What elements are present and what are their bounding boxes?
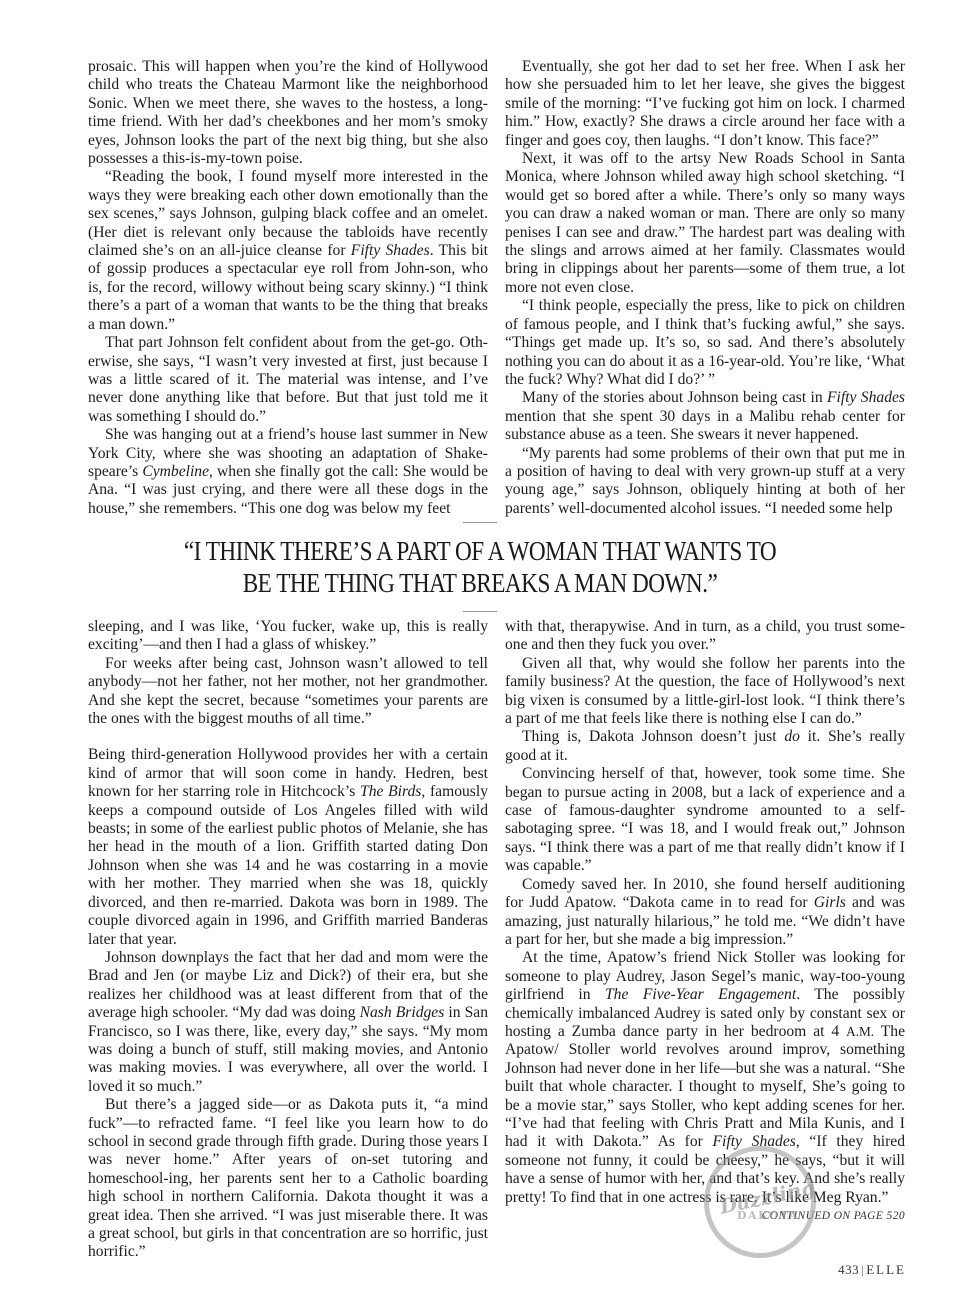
- pull-quote-line: “I THINK THERE’S A PART OF A WOMAN THAT …: [153, 535, 807, 567]
- title-italic: Fifty Shades: [713, 1133, 796, 1150]
- paragraph: sleeping, and I was like, ‘You fucker, w…: [88, 618, 488, 655]
- paragraph: Thing is, Dakota Johnson doesn’t just do…: [505, 728, 905, 765]
- continued-on-page: CONTINUED ON PAGE 520: [762, 1210, 905, 1222]
- article-column-top-right: Eventually, she got her dad to set her f…: [505, 58, 905, 518]
- time-smallcaps: A.M.: [846, 1024, 874, 1039]
- emphasis-italic: do: [784, 728, 800, 745]
- paragraph: She was hanging out at a friend’s house …: [88, 426, 488, 518]
- paragraph: Eventually, she got her dad to set her f…: [505, 58, 905, 150]
- text-run: mention that she spent 30 days in a Mali…: [505, 408, 905, 443]
- pull-quote-line: BE THE THING THAT BREAKS A MAN DOWN.”: [153, 567, 807, 599]
- text-run: Thing is, Dakota Johnson doesn’t just: [522, 728, 784, 745]
- article-column-bottom-left: sleeping, and I was like, ‘You fucker, w…: [88, 618, 488, 1262]
- text-run: , famously keeps a compound outside of L…: [88, 783, 488, 947]
- title-italic: The Five-Year Engagement: [605, 986, 796, 1003]
- title-italic: Fifty Shades: [351, 242, 430, 259]
- paragraph: Johnson downplays the fact that her dad …: [88, 949, 488, 1096]
- magazine-name: ELLE: [866, 1262, 906, 1277]
- paragraph: For weeks after being cast, Johnson wasn…: [88, 655, 488, 729]
- paragraph: “I think people, especially the press, l…: [505, 297, 905, 389]
- paragraph: with that, therapywise. And in turn, as …: [505, 618, 905, 655]
- article-column-top-left: prosaic. This will happen when you’re th…: [88, 58, 488, 518]
- paragraph: Next, it was off to the artsy New Roads …: [505, 150, 905, 297]
- paragraph: But there’s a jagged side—or as Dakota p…: [88, 1096, 488, 1262]
- pull-quote: “I THINK THERE’S A PART OF A WOMAN THAT …: [100, 522, 860, 612]
- page-number: 433: [838, 1262, 859, 1277]
- text-run: Many of the stories about Johnson being …: [522, 389, 827, 406]
- folio-separator: |: [861, 1262, 864, 1277]
- title-italic: Cymbeline: [142, 463, 209, 480]
- paragraph: Convincing herself of that, however, too…: [505, 765, 905, 875]
- paragraph: Comedy saved her. In 2010, she found her…: [505, 876, 905, 950]
- text-run: The Apatow/ Stoller world revolves aroun…: [505, 1023, 905, 1150]
- paragraph: Many of the stories about Johnson being …: [505, 389, 905, 444]
- paragraph: Given all that, why would she follow her…: [505, 655, 905, 729]
- page-folio: 433|ELLE: [838, 1262, 906, 1278]
- paragraph: “Reading the book, I found myself more i…: [88, 168, 488, 334]
- title-italic: The Birds: [360, 783, 421, 800]
- divider-top: [463, 522, 497, 523]
- section-paragraph: Being third-generation Hollywood provide…: [88, 746, 488, 948]
- title-italic: Girls: [814, 894, 846, 911]
- paragraph: “My parents had some problems of their o…: [505, 445, 905, 519]
- pull-quote-text: “I THINK THERE’S A PART OF A WOMAN THAT …: [153, 535, 807, 599]
- article-column-bottom-right: with that, therapywise. And in turn, as …: [505, 618, 905, 1207]
- title-italic: Nash Bridges: [360, 1004, 445, 1021]
- title-italic: Fifty Shades: [827, 389, 905, 406]
- divider-bottom: [463, 611, 497, 612]
- paragraph: That part Johnson felt confident about f…: [88, 334, 488, 426]
- paragraph: At the time, Apatow’s friend Nick Stolle…: [505, 949, 905, 1207]
- paragraph: prosaic. This will happen when you’re th…: [88, 58, 488, 168]
